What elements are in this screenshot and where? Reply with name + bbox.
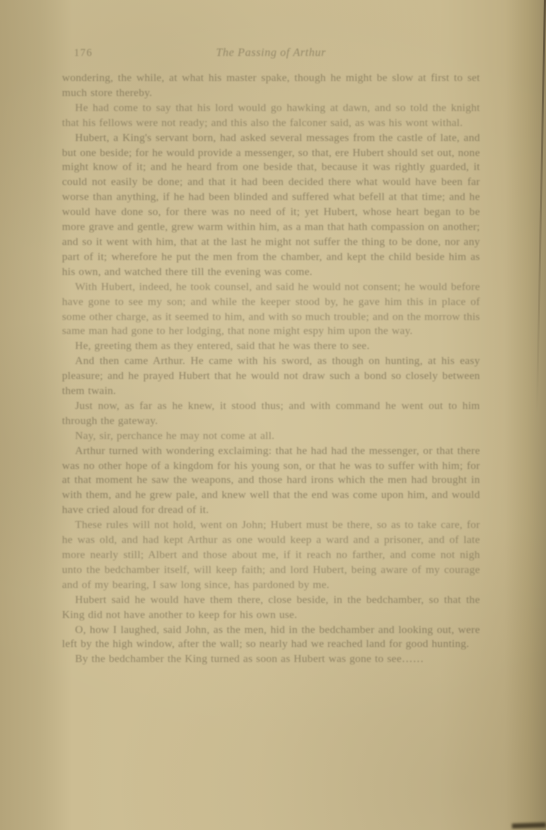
page-body-text: wondering, the while, at what his master…: [62, 71, 480, 667]
paragraph: wondering, the while, at what his master…: [62, 71, 480, 101]
page-header: 176 The Passing of Arthur: [62, 47, 480, 63]
paragraph: He had come to say that his lord would g…: [62, 101, 480, 131]
paragraph: Hubert, a King's servant born, had asked…: [62, 131, 480, 280]
paragraph: He, greeting them as they entered, said …: [62, 339, 480, 354]
paragraph: Nay, sir, perchance he may not come at a…: [62, 429, 480, 444]
page-corner-shadow: [512, 822, 546, 828]
running-title: The Passing of Arthur: [62, 47, 480, 59]
paragraph: Arthur turned with wondering exclaiming:…: [62, 444, 480, 519]
paragraph: O, how I laughed, said John, as the men,…: [62, 623, 480, 653]
paragraph: Just now, as far as he knew, it stood th…: [62, 399, 480, 429]
book-page-scan: 176 The Passing of Arthur wondering, the…: [0, 0, 546, 830]
paragraph: And then came Arthur. He came with his s…: [62, 354, 480, 399]
paragraph: These rules will not hold, went on John;…: [62, 518, 480, 593]
paragraph: Hubert said he would have them there, cl…: [62, 593, 480, 623]
paragraph: By the bedchamber the King turned as soo…: [62, 652, 480, 667]
page-edge-line: [536, 0, 546, 414]
paragraph: With Hubert, indeed, he took counsel, an…: [62, 280, 480, 340]
